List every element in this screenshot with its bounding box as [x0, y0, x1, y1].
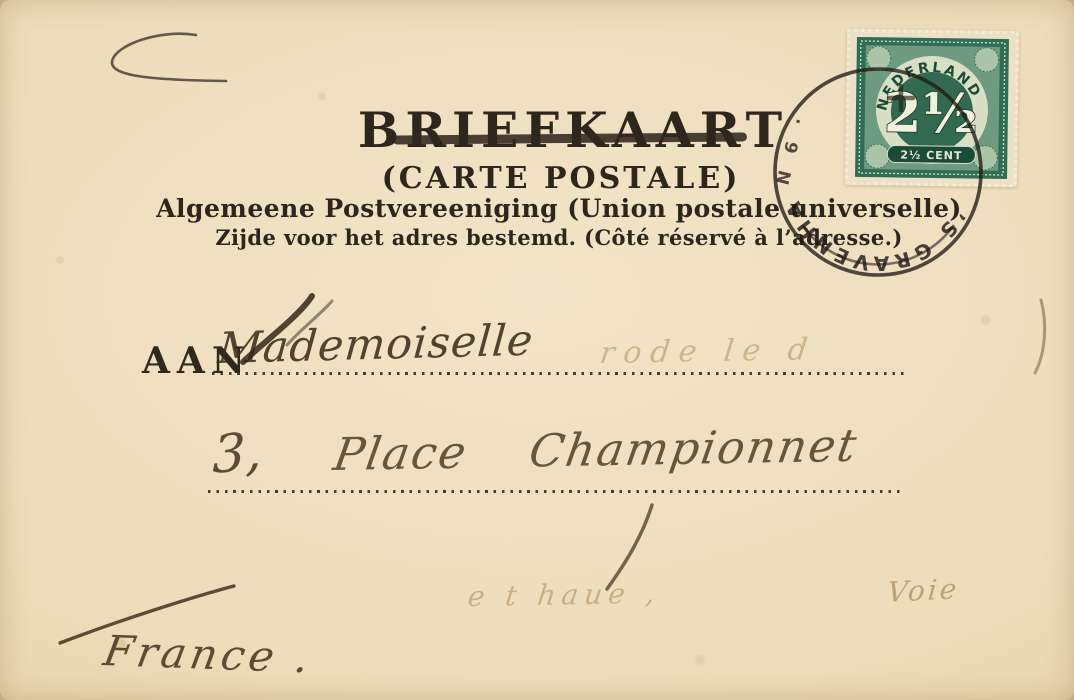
address-dotted-line-1	[212, 372, 906, 375]
postcard-back: BRIEFKAART (CARTE POSTALE) Algemeene Pos…	[0, 0, 1074, 700]
stamp-value-numeral: 2½	[884, 80, 979, 145]
handwritten-faded-line: e t haue ,	[466, 577, 663, 613]
handwritten-country: France .	[100, 626, 317, 682]
handwritten-street-number: 3,	[212, 421, 262, 486]
handwritten-addressee-faded: rode le d	[598, 332, 818, 371]
line1-right-stroke	[1035, 300, 1045, 373]
stamp-artwork: NEDERLAND 2½ 2½ CENT	[845, 29, 1019, 187]
stamp-denomination-text: 2½ CENT	[900, 149, 962, 163]
postal-union-line: Algemeene Postvereeniging (Union postale…	[22, 194, 1074, 223]
address-side-line: Zijde voor het adres bestemd. (Côté rése…	[22, 225, 1074, 250]
address-dotted-line-2	[208, 490, 900, 493]
top-left-pen-squiggle	[112, 34, 226, 81]
postage-stamp: NEDERLAND 2½ 2½ CENT	[845, 29, 1019, 187]
handwritten-faded-line-end: Voie	[886, 572, 961, 609]
handwritten-addressee: Mademoiselle	[216, 316, 535, 374]
handwritten-street-name: Place Championnet	[330, 419, 862, 481]
